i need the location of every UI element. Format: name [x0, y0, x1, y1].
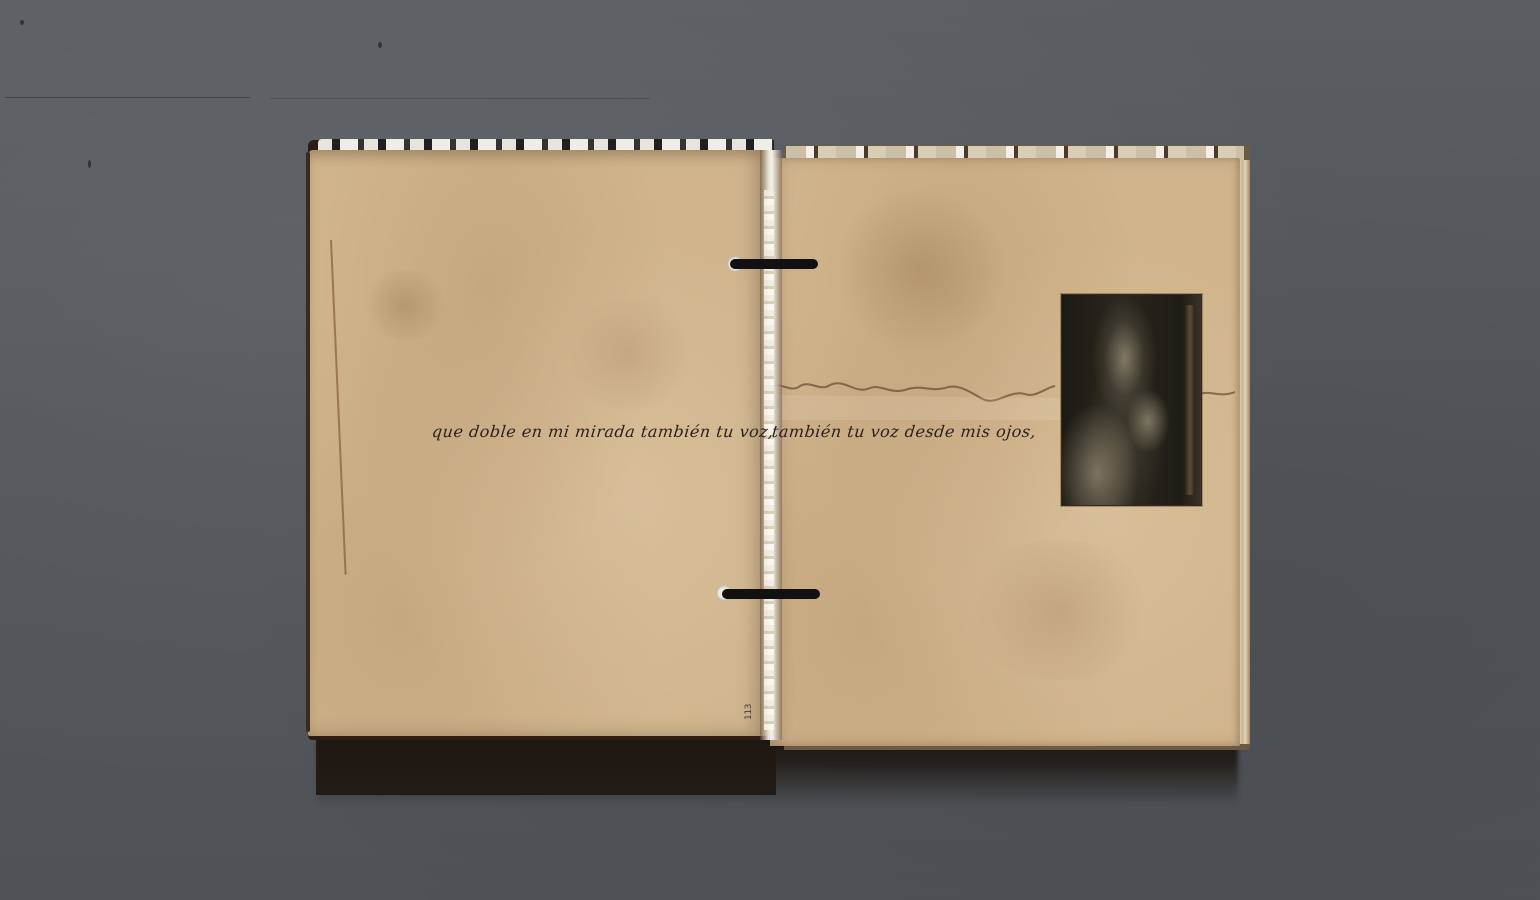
torn-page-stubs	[764, 190, 774, 730]
binding-stitch-bottom	[722, 589, 820, 599]
surface-scratch	[5, 97, 250, 98]
portrait-photograph[interactable]	[1061, 294, 1202, 506]
page-number: 113	[744, 706, 754, 720]
binding-stitch-top	[730, 259, 818, 269]
left-page[interactable]	[308, 150, 768, 736]
stain-spot	[360, 270, 450, 340]
surface-speck	[20, 20, 24, 25]
stain-spot	[560, 300, 700, 410]
stain-spot	[830, 190, 1010, 350]
left-page-edge	[306, 152, 310, 732]
surface-speck	[88, 160, 91, 168]
stain-spot	[960, 540, 1160, 680]
handwritten-text-right: también tu voz desde mis ojos,	[771, 422, 1037, 441]
surface-scratch	[270, 98, 650, 99]
book-shadow-left	[316, 735, 776, 795]
photo-doorframe-edge	[1185, 305, 1195, 495]
surface-speck	[378, 42, 382, 48]
handwritten-text-left: que doble en mi mirada también tu voz,	[431, 422, 775, 441]
